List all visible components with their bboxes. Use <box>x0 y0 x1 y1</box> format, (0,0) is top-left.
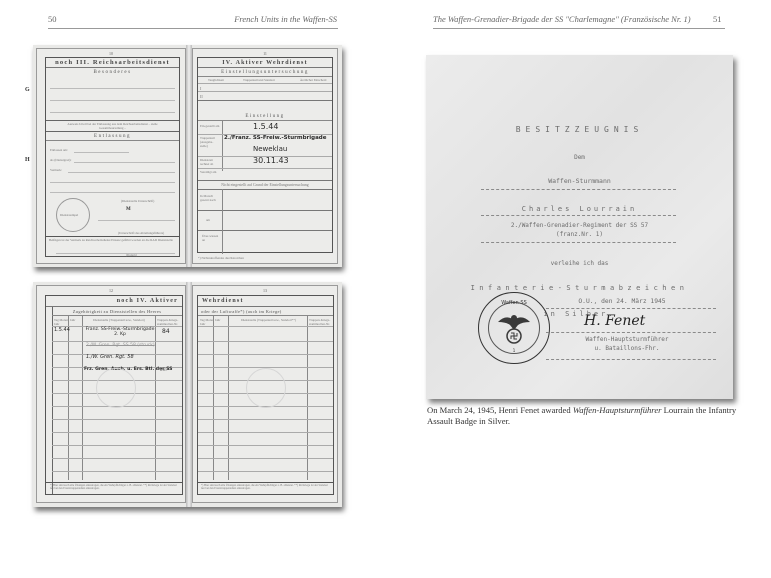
divider <box>198 419 333 420</box>
seal-label: Dienststempel <box>60 213 78 217</box>
col-header: Dienststelle (Truppenteil usw., Standort… <box>84 318 154 322</box>
divider <box>198 230 332 231</box>
dashed-rule <box>481 242 676 243</box>
note-text: Ausweis Urteil bei der Entlassung aus de… <box>56 122 169 130</box>
divider <box>198 180 332 181</box>
divider <box>198 341 333 342</box>
sub-heading-besonderes: Besonderes <box>46 68 179 77</box>
form-frame: noch IV. Aktiver Zugehörigkeit zu Dienst… <box>45 295 183 495</box>
recipient-unit-nr: (franz.Nr. 1) <box>426 231 733 238</box>
divider <box>198 189 332 190</box>
divider <box>198 445 333 446</box>
footnote: *) Hier sind auch alle Übungen einzutrag… <box>201 484 330 490</box>
entry-nr: 84 <box>162 328 170 335</box>
col-header: Jahr <box>70 318 75 322</box>
field-entlassen: Entlassen am: <box>50 148 68 152</box>
dashed-rule <box>546 332 716 333</box>
divider <box>46 120 179 121</box>
page-number: 13 <box>193 288 337 293</box>
soldbuch-page-10: 10 G H noch III. Reichsarbeitsdienst Bes… <box>36 48 186 264</box>
col-header: Truppen-Kriegs-stammrollen-Nr. <box>309 318 335 326</box>
divider <box>52 432 182 433</box>
eagle-watermark <box>96 368 136 408</box>
section-title: noch III. Reichsarbeitsdienst <box>46 58 179 68</box>
col-header: Tag Monat Jahr <box>54 318 68 326</box>
section-title: Wehrdienst <box>198 296 333 307</box>
page-number-left: 50 <box>48 14 57 24</box>
form-line <box>50 88 175 89</box>
page-number: 10 <box>37 51 185 56</box>
divider <box>198 83 332 84</box>
signature: H. Fenet <box>584 313 645 329</box>
divider <box>198 91 332 92</box>
row-roman: II <box>200 94 203 99</box>
value-truppenteil: 2./Franz. SS-Freiw.-Sturmbrigade <box>224 135 326 141</box>
dashed-rule <box>481 215 676 216</box>
signer-role: u. Bataillons-Fhr. <box>551 345 703 352</box>
divider <box>52 458 182 459</box>
label-eingestellt: Ein-gestellt am <box>200 124 221 128</box>
row-label-g: G <box>25 87 30 93</box>
form-line <box>50 182 175 183</box>
recipient-name: Charles Lourrain <box>426 205 733 213</box>
award-name: Infanterie-Sturmabzeichen <box>426 284 733 292</box>
entry-unit-struck: 2./W. Gren. Rgt. SS 58 (struck) <box>86 343 155 348</box>
svg-text:1: 1 <box>513 348 516 353</box>
section-title: noch IV. Aktiver <box>46 296 182 307</box>
divider <box>198 432 333 433</box>
running-title-left: French Units in the Waffen-SS <box>232 14 337 24</box>
header-rule-left <box>48 28 338 29</box>
form-line <box>68 172 175 173</box>
running-title-right: The Waffen-Grenadier-Brigade der SS "Cha… <box>433 14 691 24</box>
column-rule <box>222 189 223 254</box>
value-eingestellt: 1.5.44 <box>253 122 278 131</box>
divider <box>198 458 333 459</box>
soldbuch-spread-bottom: 12 noch IV. Aktiver Zugehörigkeit zu Die… <box>33 282 342 507</box>
page-number-right: 51 <box>713 14 722 24</box>
form-frame: Wehrdienst oder der Luftwaffe*) (auch im… <box>197 295 334 495</box>
page-number: 12 <box>37 288 185 293</box>
row-in-marsch: In Marsch gesetzt nach <box>200 194 220 202</box>
label-truppenteil: Truppenteil (Ausgabe-stelle) <box>200 136 221 148</box>
entry-date: 1.5.44 <box>54 327 70 333</box>
figure-caption: On March 24, 1945, Henri Fenet awarded W… <box>427 405 737 426</box>
soldbuch-page-13: 13 Wehrdienst oder der Luftwaffe*) (auch… <box>192 285 338 503</box>
footnote: *) Nichtzutreffendes durchstreichen <box>198 256 244 260</box>
divider <box>52 341 182 342</box>
col-header: Truppen-Kriegs-stammrollen-Nr. <box>157 318 183 326</box>
entry-unit: 1./W. Gren. Rgt. 58 <box>86 354 134 360</box>
recipient-rank: Waffen-Sturmmann <box>426 177 733 185</box>
divider <box>198 354 333 355</box>
svg-text:Waffen-SS: Waffen-SS <box>501 300 527 306</box>
divider <box>52 445 182 446</box>
award-class: in Silber. <box>426 310 733 318</box>
form-line <box>50 112 175 113</box>
col-header: Jahr <box>215 318 220 322</box>
divider <box>198 471 333 472</box>
footnote: *) Hier sind auch alle Übungen einzutrag… <box>50 484 179 490</box>
row-label-h: H <box>25 157 30 163</box>
column-rule <box>52 307 53 494</box>
soldbuch-spread-top: 10 G H noch III. Reichsarbeitsdienst Bes… <box>33 45 342 267</box>
dashed-rule <box>481 189 676 190</box>
form-frame: IV. Aktiver Wehrdienst Einstellungsunter… <box>197 57 333 253</box>
divider <box>198 210 332 211</box>
eagle-swastika-icon: 1 Waffen-SS <box>478 292 550 364</box>
row-ueberwiesen: Über-wiesen an <box>202 234 220 242</box>
divider <box>198 100 332 101</box>
sign-m: M <box>126 207 131 212</box>
eagle-watermark <box>246 368 286 408</box>
sub-heading: oder der Luftwaffe*) (auch im Kriege) <box>198 307 333 316</box>
col-header: Tag Monat Jahr <box>200 318 214 326</box>
column-rule <box>222 121 223 171</box>
official-stamp: 1 Waffen-SS <box>478 292 550 364</box>
col-header: Ärztlicher Entscheid <box>300 78 326 82</box>
form-frame: noch III. Reichsarbeitsdienst Besonderes… <box>45 57 180 257</box>
divider <box>198 326 333 327</box>
caption-text: On March 24, 1945, Henri Fenet awarded <box>427 405 573 415</box>
page-number: 11 <box>193 51 337 56</box>
soldbuch-page-11: 11 IV. Aktiver Wehrdienst Einstellungsun… <box>192 48 338 264</box>
entry-unit: Franz. SS-Freiw.-Sturmbrigade 2. Kp <box>84 327 156 337</box>
sub-heading-untersuchung: Einstellungsuntersuchung <box>198 68 332 77</box>
divider <box>52 471 182 472</box>
dashed-rule <box>546 308 716 309</box>
dashed-rule <box>546 359 716 360</box>
form-line <box>56 253 175 254</box>
signer-rank: Waffen-Hauptsturmführer <box>551 336 703 343</box>
form-line <box>50 192 175 193</box>
sub-heading: Zugehörigkeit zu Dienststellen des Heere… <box>52 307 182 316</box>
award-certificate: BESITZZEUGNIS Dem Waffen-Sturmmann Charl… <box>426 55 733 399</box>
divider <box>198 482 333 483</box>
sub-heading-einstellung: Einstellung <box>198 112 332 121</box>
field-vermerk: Vermerk: <box>50 168 62 172</box>
form-line <box>50 100 175 101</box>
row-am: am <box>206 218 210 222</box>
footer-text: Beifügen ist der Vermerk zu Reichsarbeit… <box>49 238 176 242</box>
col-header: Dienststelle (Truppenteil usw., Standort… <box>231 318 306 322</box>
header-rule-right <box>433 28 725 29</box>
divider <box>46 236 179 237</box>
section-title: IV. Aktiver Wehrdienst <box>198 58 332 68</box>
nicht-eingestellt-heading: Nicht eingestellt auf Grund der Einstell… <box>202 183 328 187</box>
col-header: Tauglichkeit <box>208 78 224 82</box>
place-date: O.U., den 24. März 1945 <box>551 298 693 305</box>
soldbuch-page-12: 12 noch IV. Aktiver Zugehörigkeit zu Die… <box>36 285 186 503</box>
recipient-unit: 2./Waffen-Grenadier-Regiment der SS 57 <box>426 222 733 229</box>
caption-italic-rank: Waffen-Hauptsturmführer <box>573 405 662 415</box>
footer-date: (Datum) <box>126 253 137 257</box>
divider <box>198 168 332 169</box>
value-standort: Neweklau <box>253 145 287 153</box>
divider <box>46 482 182 483</box>
form-line <box>74 162 175 163</box>
sign-caption: (Dienststelle Unterschrift) <box>121 199 154 203</box>
divider <box>52 419 182 420</box>
verleihe-text: verleihe ich das <box>426 260 733 267</box>
certificate-title: BESITZZEUGNIS <box>426 125 733 134</box>
label-dienstzeit: Dienstzeit rechnet ab <box>200 158 221 166</box>
certificate-dem: Dem <box>426 154 733 161</box>
form-line <box>74 152 129 153</box>
sub-heading-entlassung: Entlassung <box>46 132 179 141</box>
sign-caption-2: (Unterschrift des Abteilungsführers) <box>118 231 164 235</box>
col-header: Truppenteil und Standort <box>243 78 275 82</box>
field-dienstgrad: als (Dienstgrad): <box>50 158 71 162</box>
entry-nr: 28? <box>160 368 168 373</box>
value-dienstzeit: 30.11.43 <box>253 156 289 165</box>
label-vereidigt: Vereidigt am <box>200 170 221 174</box>
form-line <box>98 220 175 221</box>
